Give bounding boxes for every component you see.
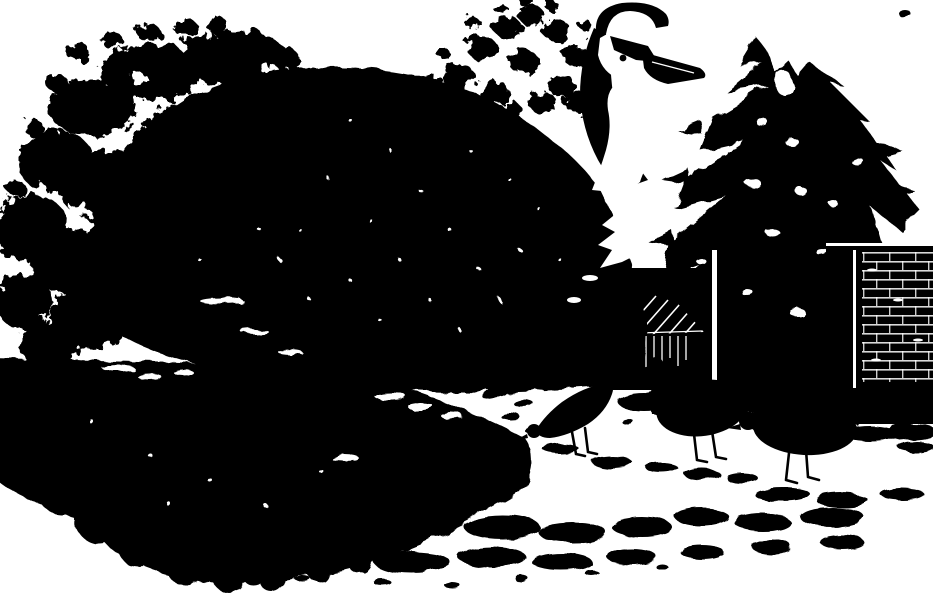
- guineafowl-eye: [620, 55, 627, 62]
- wall-edge-highlight: [853, 250, 856, 388]
- fence-post: [712, 250, 717, 392]
- engraving-figure: [0, 0, 933, 595]
- guineafowl-engraving: [0, 0, 933, 595]
- wall-top-highlight: [826, 243, 933, 246]
